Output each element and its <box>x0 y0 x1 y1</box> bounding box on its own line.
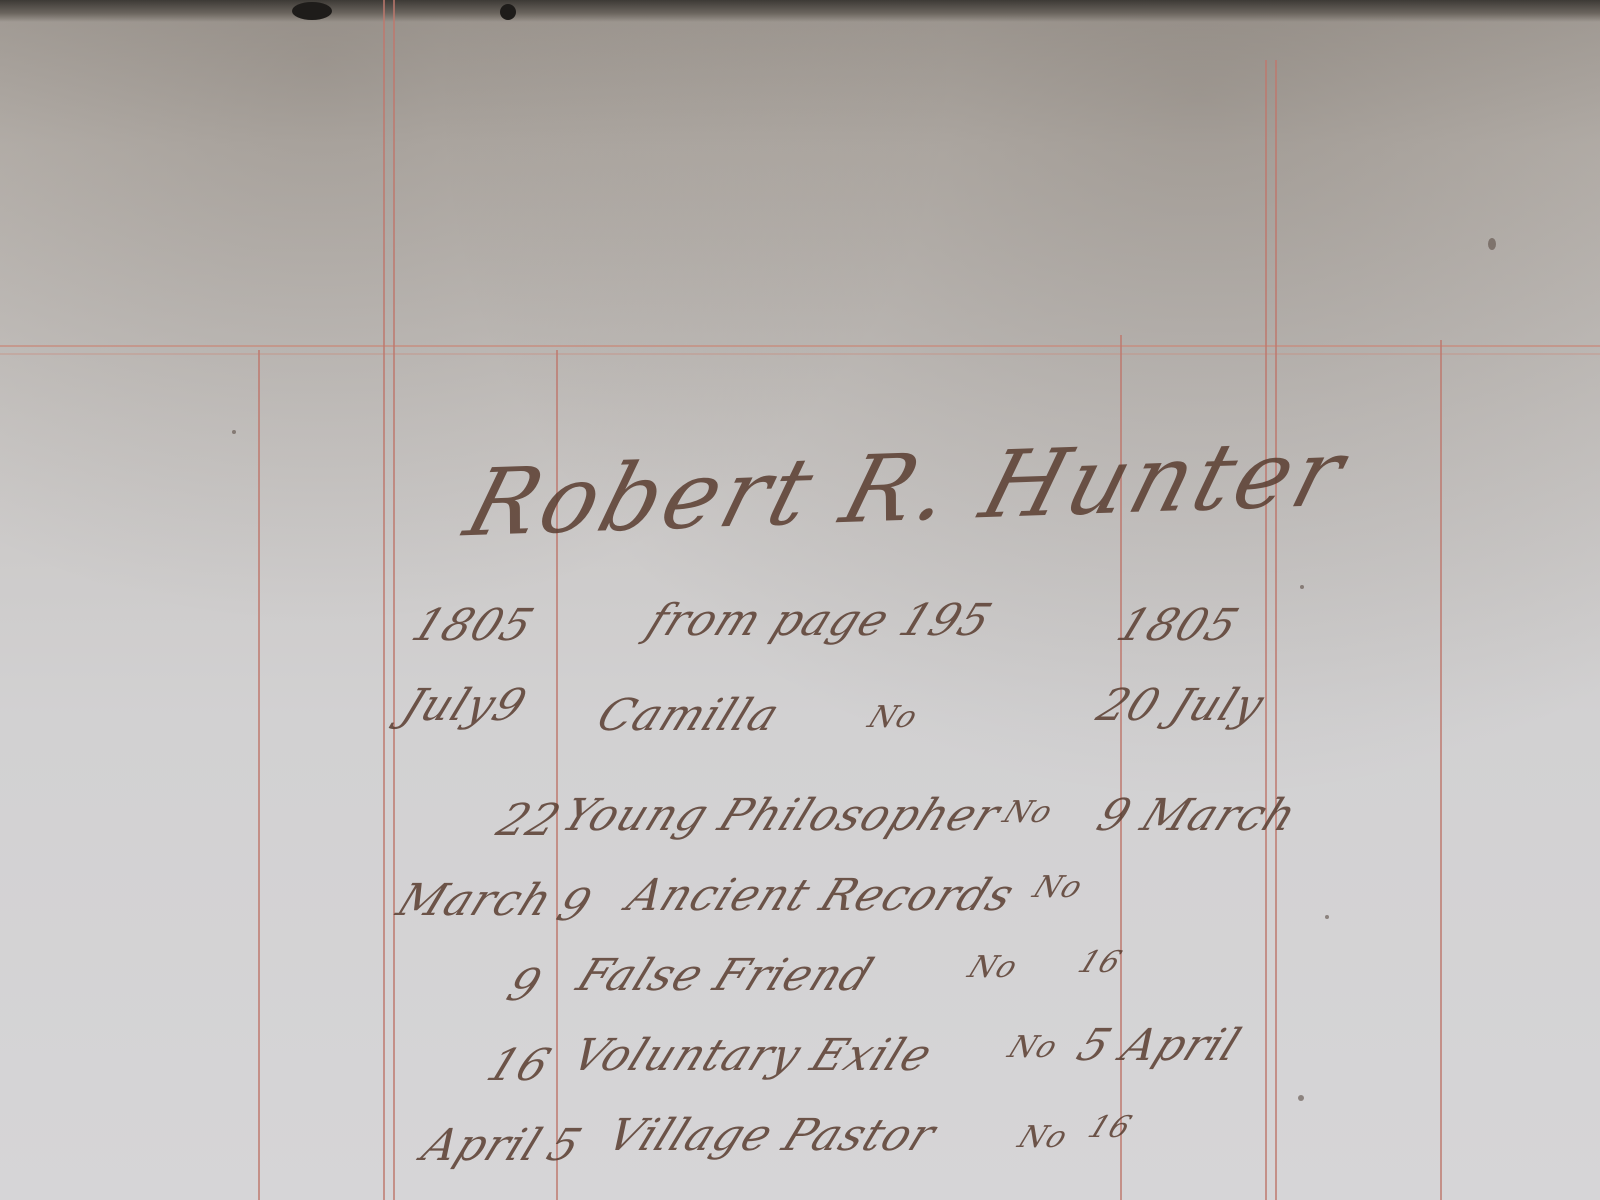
account-heading: Robert R. Hunter <box>454 419 1359 558</box>
entry-day: 16 <box>480 1040 559 1091</box>
entry-note: No <box>863 700 923 735</box>
book-top-edge <box>0 0 1600 22</box>
entry-note: No <box>1013 1120 1073 1155</box>
binding-stain <box>292 2 332 20</box>
entry-ref: 20 July <box>1090 680 1272 731</box>
entry-title: Young Philosopher <box>555 790 1008 841</box>
entry-day: 5 <box>540 1120 590 1171</box>
paper-speck <box>1298 1095 1304 1101</box>
entry-ref: 5 April <box>1070 1020 1249 1071</box>
entry-month: March <box>390 875 561 926</box>
year-left: 1805 <box>405 600 542 651</box>
entry-title: Ancient Records <box>620 870 1023 921</box>
column-rule <box>258 350 260 1200</box>
entry-note: No <box>1003 1030 1063 1065</box>
entry-title: Voluntary Exile <box>565 1030 940 1081</box>
column-rule <box>1440 340 1442 1200</box>
header-rule <box>0 353 1600 355</box>
header-rule <box>0 345 1600 347</box>
year-right: 1805 <box>1110 600 1247 651</box>
carry-forward-text: from page 195 <box>640 595 1000 646</box>
margin-rule <box>1275 60 1277 1200</box>
binding-stain <box>500 4 516 20</box>
entry-title: Village Pastor <box>600 1110 944 1161</box>
paper-speck <box>232 430 236 434</box>
ledger-page: Robert R. Hunter 1805 from page 195 1805… <box>0 0 1600 1200</box>
paper-speck <box>1488 238 1496 250</box>
entry-note: No <box>963 950 1023 985</box>
entry-ref: 16 <box>1083 1110 1137 1145</box>
margin-rule <box>393 0 395 1200</box>
entry-note: No <box>1028 870 1088 905</box>
entry-ref: 9 March <box>1090 790 1305 841</box>
entry-day: 9 <box>500 960 550 1011</box>
entry-title: False Friend <box>570 950 881 1001</box>
entry-title: Camilla <box>590 690 788 741</box>
margin-rule <box>383 0 385 1200</box>
entry-note: No <box>998 795 1058 830</box>
paper-speck <box>1325 915 1329 919</box>
margin-rule <box>1265 60 1267 1200</box>
paper-speck <box>1300 585 1304 589</box>
entry-month: April <box>415 1120 550 1171</box>
